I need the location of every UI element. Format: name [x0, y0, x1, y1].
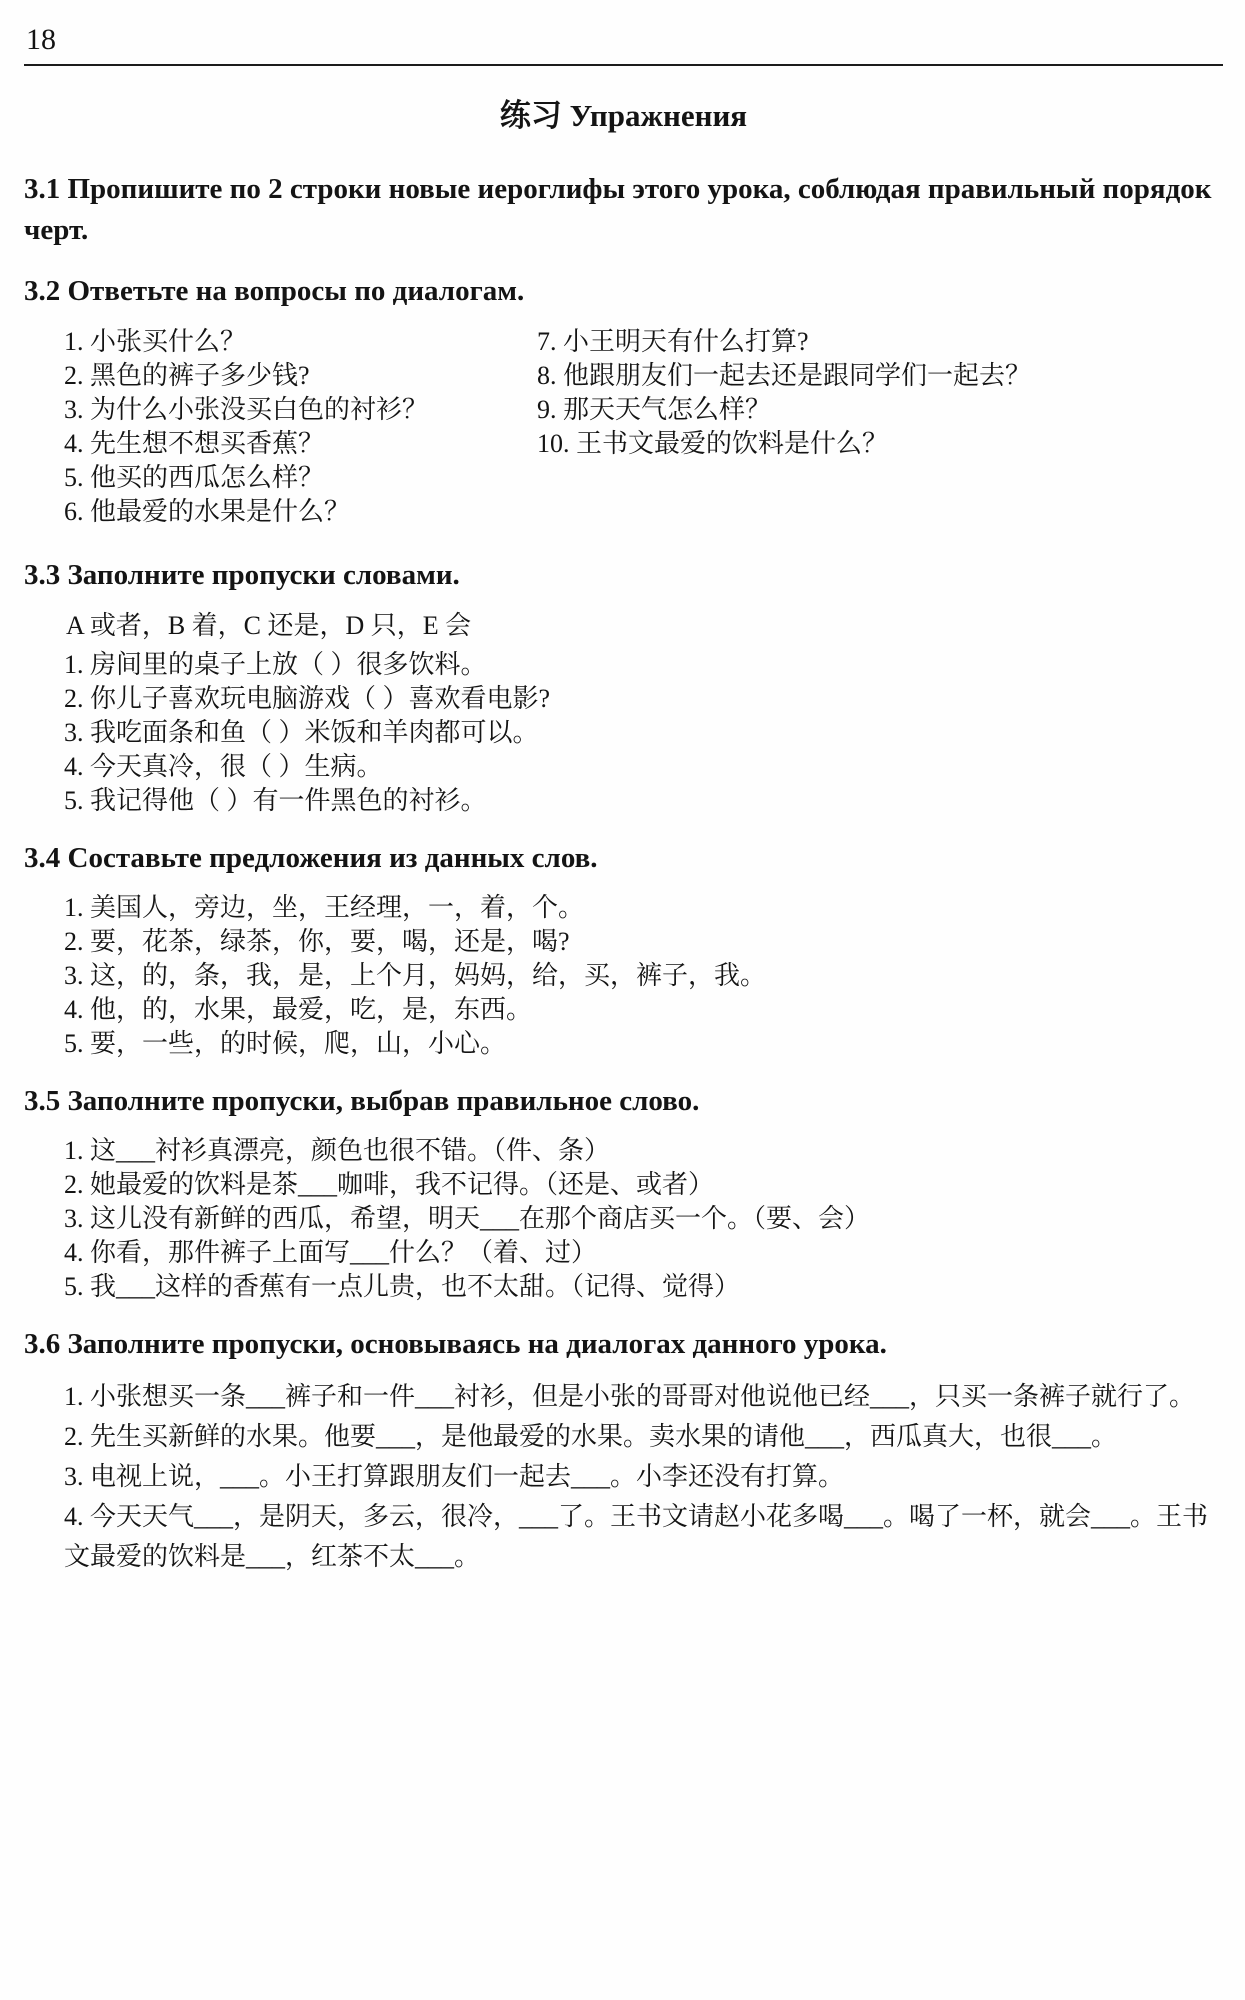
page-number: 18 [26, 24, 1223, 56]
question-column-left: 1. 小张买什么？ 2. 黑色的裤子多少钱? 3. 为什么小张没买白色的衬衫？ … [24, 325, 519, 529]
exercise-item: 2. 你儿子喜欢玩电脑游戏（ ）喜欢看电影? [64, 682, 1209, 716]
exercise-item: 3. 这儿没有新鲜的西瓜，希望，明天___在那个商店买一个。（要、会） [64, 1202, 1209, 1236]
questions-two-column: 1. 小张买什么？ 2. 黑色的裤子多少钱? 3. 为什么小张没买白色的衬衫？ … [24, 325, 1223, 529]
page-title: 练习 Упражнения [24, 90, 1223, 135]
question-item: 5. 他买的西瓜怎么样？ [64, 461, 519, 495]
exercise-item: 3. 我吃面条和鱼（ ）米饭和羊肉都可以。 [64, 716, 1209, 750]
exercise-item: 5. 要，一些，的时候，爬，山，小心。 [64, 1027, 1209, 1061]
question-item: 9. 那天天气怎么样？ [537, 393, 1223, 427]
question-item: 3. 为什么小张没买白色的衬衫？ [64, 393, 519, 427]
section-3-2-heading: 3.2 Ответьте на вопросы по диалогам. [24, 271, 1223, 312]
exercise-item: 4. 今天天气___，是阴天，多云，很冷，___了。王书文请赵小花多喝___。喝… [64, 1497, 1209, 1577]
question-item: 4. 先生想不想买香蕉？ [64, 427, 519, 461]
question-item: 2. 黑色的裤子多少钱? [64, 359, 519, 393]
section-3-1-heading: 3.1 Пропишите по 2 строки новые иероглиф… [24, 169, 1223, 251]
section-3-2: 3.2 Ответьте на вопросы по диалогам. 1. … [24, 271, 1223, 528]
section-3-5-items: 1. 这___衬衫真漂亮，颜色也很不错。（件、条） 2. 她最爱的饮料是茶___… [24, 1134, 1223, 1304]
question-item: 8. 他跟朋友们一起去还是跟同学们一起去？ [537, 359, 1223, 393]
question-column-right: 7. 小王明天有什么打算? 8. 他跟朋友们一起去还是跟同学们一起去？ 9. 那… [519, 325, 1223, 461]
question-item: 1. 小张买什么？ [64, 325, 519, 359]
section-3-5-heading: 3.5 Заполните пропуски, выбрав правильно… [24, 1081, 1223, 1122]
section-3-5: 3.5 Заполните пропуски, выбрав правильно… [24, 1081, 1223, 1304]
section-3-4-heading: 3.4 Составьте предложения из данных слов… [24, 838, 1223, 879]
textbook-page: 18 练习 Упражнения 3.1 Пропишите по 2 стро… [0, 0, 1245, 2000]
section-3-6-items: 1. 小张想买一条___裤子和一件___衬衫，但是小张的哥哥对他说他已经___，… [24, 1377, 1223, 1577]
exercise-item: 5. 我记得他（ ）有一件黑色的衬衫。 [64, 784, 1209, 818]
section-3-4-items: 1. 美国人，旁边，坐，王经理，一，着，个。 2. 要，花茶，绿茶，你，要，喝，… [24, 891, 1223, 1061]
section-3-6: 3.6 Заполните пропуски, основываясь на д… [24, 1324, 1223, 1577]
exercise-item: 1. 房间里的桌子上放（ ）很多饮料。 [64, 648, 1209, 682]
section-3-3: 3.3 Заполните пропуски словами. A 或者，B 着… [24, 555, 1223, 818]
exercise-item: 3. 电视上说，___。小王打算跟朋友们一起去___。小李还没有打算。 [64, 1457, 1209, 1497]
section-3-6-heading: 3.6 Заполните пропуски, основываясь на д… [24, 1324, 1223, 1365]
exercise-item: 1. 美国人，旁边，坐，王经理，一，着，个。 [64, 891, 1209, 925]
question-item: 6. 他最爱的水果是什么？ [64, 495, 519, 529]
question-item: 7. 小王明天有什么打算? [537, 325, 1223, 359]
section-3-4: 3.4 Составьте предложения из данных слов… [24, 838, 1223, 1061]
exercise-item: 4. 你看，那件裤子上面写___什么？（着、过） [64, 1236, 1209, 1270]
exercise-item: 1. 小张想买一条___裤子和一件___衬衫，但是小张的哥哥对他说他已经___，… [64, 1377, 1209, 1417]
exercise-item: 4. 他，的，水果，最爱，吃，是，东西。 [64, 993, 1209, 1027]
section-3-3-heading: 3.3 Заполните пропуски словами. [24, 555, 1223, 596]
question-item: 10. 王书文最爱的饮料是什么？ [537, 427, 1223, 461]
exercise-item: 2. 要，花茶，绿茶，你，要，喝，还是，喝? [64, 925, 1209, 959]
exercise-item: 4. 今天真冷，很（ ）生病。 [64, 750, 1209, 784]
exercise-item: 1. 这___衬衫真漂亮，颜色也很不错。（件、条） [64, 1134, 1209, 1168]
exercise-item: 3. 这，的，条，我，是，上个月，妈妈，给，买，裤子，我。 [64, 959, 1209, 993]
section-3-1: 3.1 Пропишите по 2 строки новые иероглиф… [24, 169, 1223, 251]
section-3-3-items: 1. 房间里的桌子上放（ ）很多饮料。 2. 你儿子喜欢玩电脑游戏（ ）喜欢看电… [24, 648, 1223, 818]
word-options-line: A 或者，B 着，C 还是，D 只，E 会 [24, 608, 1223, 644]
exercise-item: 2. 她最爱的饮料是茶___咖啡，我不记得。（还是、或者） [64, 1168, 1209, 1202]
exercise-item: 2. 先生买新鲜的水果。他要___，是他最爱的水果。卖水果的请他___，西瓜真大… [64, 1417, 1209, 1457]
header-rule [24, 64, 1223, 66]
exercise-item: 5. 我___这样的香蕉有一点儿贵，也不太甜。（记得、觉得） [64, 1270, 1209, 1304]
